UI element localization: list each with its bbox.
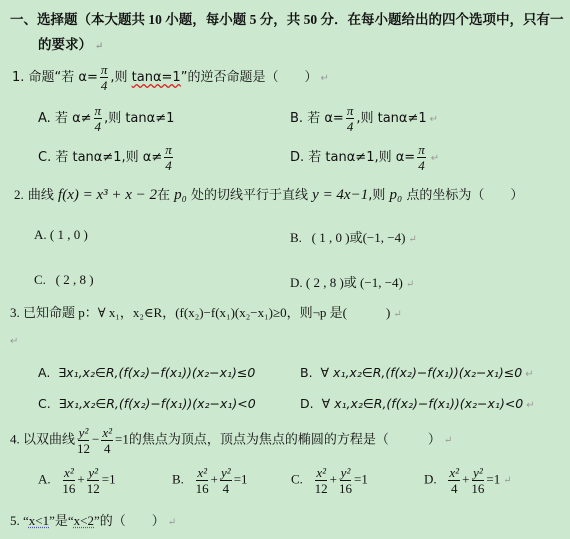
fraction: y²16 (471, 466, 484, 495)
fraction: x²16 (196, 466, 209, 495)
stem-text: 已知命题 p：∀ x₁，x₂∈R，(f(x₂)−f(x₁)(x₂−x₁)≥0，则… (23, 305, 390, 320)
question-3-option-a[interactable]: A. ∃x₁,x₂∈R,(f(x₂)−f(x₁))(x₂−x₁)≤0 (38, 365, 255, 380)
fraction: π4 (164, 143, 173, 172)
fraction-numerator: π (346, 104, 355, 119)
fraction-numerator: y² (220, 466, 232, 481)
stem-text: ,则 (368, 188, 389, 203)
fraction-numerator: π (164, 143, 173, 158)
return-mark-icon: ↵ (444, 435, 452, 446)
question-1-stem: 1. 命题“若 α=π4,则 tanα=1”的逆否命题是（ ）↵ (12, 63, 329, 92)
stem-text: ”的（ ） (94, 513, 165, 528)
option-text: 若 tanα≠1,则 α= (308, 150, 415, 165)
question-2-option-d[interactable]: D. ( 2 , 8 )或 (−1, −4)↵ (290, 272, 414, 291)
question-1-option-b[interactable]: B. 若 α=π4,则 tanα≠1↵ (290, 104, 438, 133)
fraction-denominator: 4 (95, 119, 102, 133)
fraction: x²16 (62, 466, 75, 495)
option-label: C. (34, 272, 46, 287)
stem-text: ”的逆否命题是（ ） (181, 70, 318, 85)
option-label: C. (38, 150, 51, 165)
fraction-denominator: 16 (339, 481, 352, 495)
option-text: ,则 tanα≠1 (104, 111, 174, 126)
stem-text: ,则 (110, 70, 131, 85)
section-heading-text: 一、选择题（本大题共 10 小题，每小题 5 分，共 50 分．在每小题给出的四… (10, 12, 564, 27)
fraction: x²4 (101, 426, 113, 455)
fraction: y²12 (87, 466, 100, 495)
fraction-numerator: y² (78, 426, 90, 441)
question-2-option-c[interactable]: C. ( 2 , 8 ) (34, 272, 94, 288)
fraction-numerator: x² (448, 466, 460, 481)
fraction-denominator: 4 (223, 481, 230, 495)
question-number: 2. (14, 187, 24, 202)
fraction-numerator: y² (472, 466, 484, 481)
fraction: y²12 (77, 426, 90, 455)
option-label: C. (291, 471, 303, 486)
fraction-denominator: 4 (418, 158, 425, 172)
fraction: x²4 (448, 466, 460, 495)
option-text: ∀ x₁,x₂∈R,(f(x₂)−f(x₁))(x₂−x₁)<0 (322, 396, 524, 411)
question-2-option-b[interactable]: B. ( 1 , 0 )或(−1, −4)↵ (290, 227, 417, 246)
fraction-numerator: x² (196, 466, 208, 481)
return-mark-icon: ↵ (431, 153, 439, 164)
question-number: 5. (10, 513, 20, 528)
stem-text: 处的切线平行于直线 (187, 188, 312, 203)
grammar-underlined-text: x<1 (29, 513, 49, 528)
question-4-option-a[interactable]: A. x²16+y²12=1 (38, 466, 116, 495)
equals-one: =1 (354, 471, 368, 486)
option-label: A. (34, 227, 47, 242)
fraction-numerator: x² (315, 466, 327, 481)
section-heading-text-2: 的要求） (38, 37, 92, 52)
option-label: D. (424, 471, 437, 486)
fraction-numerator: π (100, 63, 109, 78)
empty-paragraph: ↵ (10, 333, 18, 348)
option-label: D. (290, 275, 303, 290)
fraction-numerator: x² (63, 466, 75, 481)
fraction-denominator: 12 (87, 481, 100, 495)
stem-text: ”是“ (49, 513, 74, 528)
equals-one: =1 (486, 471, 500, 486)
option-label: D. (300, 396, 314, 411)
stem-text: =1的焦点为顶点，顶点为焦点的椭圆的方程是（ ） (115, 431, 441, 446)
fraction-denominator: 16 (471, 481, 484, 495)
fraction-denominator: 4 (451, 481, 458, 495)
question-2-stem: 2. 曲线 f(x) = x³ + x − 2在 p₀ 处的切线平行于直线 y … (14, 184, 523, 204)
return-mark-icon: ↵ (168, 517, 176, 528)
question-1-option-a[interactable]: A. 若 α≠π4,则 tanα≠1 (38, 104, 174, 133)
fraction-numerator: y² (340, 466, 352, 481)
stem-text: 在 (157, 188, 174, 203)
grammar-underlined-text: x<2 (74, 513, 94, 528)
fraction-denominator: 12 (315, 481, 328, 495)
option-label: C. (38, 396, 51, 411)
question-1-option-d[interactable]: D. 若 tanα≠1,则 α=π4↵ (290, 143, 439, 172)
stem-text: 命题“若 α= (29, 70, 98, 85)
option-text: 若 α= (307, 111, 344, 126)
fraction-denominator: 4 (101, 78, 108, 92)
return-mark-icon: ↵ (393, 309, 401, 320)
return-mark-icon: ↵ (95, 41, 103, 52)
fraction: π4 (94, 104, 103, 133)
fraction: π4 (346, 104, 355, 133)
return-mark-icon: ↵ (503, 475, 511, 486)
fraction: π4 (417, 143, 426, 172)
fraction: y²4 (220, 466, 232, 495)
equals-one: =1 (234, 471, 248, 486)
fraction: π4 (100, 63, 109, 92)
fraction-numerator: π (417, 143, 426, 158)
question-number: 1. (12, 70, 24, 85)
question-number: 4. (10, 431, 20, 446)
math-symbol: p₀ (174, 187, 187, 203)
question-number: 3. (10, 305, 20, 320)
equals-one: =1 (102, 471, 116, 486)
fraction-denominator: 4 (104, 441, 111, 455)
fraction-numerator: x² (101, 426, 113, 441)
return-mark-icon: ↵ (406, 279, 414, 290)
option-label: B. (290, 230, 302, 245)
question-5-stem: 5. “x<1”是“x<2”的（ ）↵ (10, 510, 176, 529)
option-label: A. (38, 111, 51, 126)
question-1-option-c[interactable]: C. 若 tanα≠1,则 α≠π4 (38, 143, 175, 172)
return-mark-icon: ↵ (525, 369, 533, 380)
return-mark-icon: ↵ (430, 114, 438, 125)
option-text: ,则 tanα≠1 (356, 111, 426, 126)
math-symbol: p₀ (389, 187, 402, 203)
question-3-stem: 3. 已知命题 p：∀ x₁，x₂∈R，(f(x₂)−f(x₁)(x₂−x₁)≥… (10, 302, 402, 321)
option-label: D. (290, 150, 304, 165)
question-2-option-a[interactable]: A. ( 1 , 0 ) (34, 227, 88, 243)
option-text: 若 tanα≠1,则 α≠ (55, 150, 162, 165)
section-heading-line2: 的要求）↵ (38, 33, 103, 53)
fraction-denominator: 16 (62, 481, 75, 495)
option-label: B. (300, 365, 313, 380)
question-3-option-b[interactable]: B. ∀ x₁,x₂∈R,(f(x₂)−f(x₁))(x₂−x₁)≤0↵ (300, 365, 534, 380)
stem-text: 点的坐标为（ ） (402, 188, 523, 203)
math-expression: y = 4x−1 (312, 187, 368, 203)
spellcheck-underlined-text: tanα=1 (132, 70, 181, 85)
option-text: ( 2 , 8 )或 (−1, −4) (306, 275, 403, 290)
minus-sign: − (92, 431, 99, 446)
fraction: x²12 (315, 466, 328, 495)
return-mark-icon: ↵ (526, 400, 534, 411)
option-text: ( 2 , 8 ) (52, 272, 93, 287)
stem-text: 曲线 (28, 188, 58, 203)
return-mark-icon: ↵ (10, 336, 18, 347)
fraction-numerator: y² (87, 466, 99, 481)
return-mark-icon: ↵ (408, 234, 416, 245)
fraction-denominator: 12 (77, 441, 90, 455)
option-text: ∃x₁,x₂∈R,(f(x₂)−f(x₁))(x₂−x₁)≤0 (58, 365, 255, 380)
fraction-denominator: 4 (347, 119, 354, 133)
question-4-stem: 4. 以双曲线y²12−x²4=1的焦点为顶点，顶点为焦点的椭圆的方程是（ ）↵ (10, 426, 452, 455)
fraction-denominator: 4 (165, 158, 172, 172)
option-text: ∃x₁,x₂∈R,(f(x₂)−f(x₁))(x₂−x₁)<0 (59, 396, 256, 411)
section-heading-line1: 一、选择题（本大题共 10 小题，每小题 5 分，共 50 分．在每小题给出的四… (10, 8, 564, 28)
fraction-denominator: 16 (196, 481, 209, 495)
question-4-option-b[interactable]: B. x²16+y²4=1 (172, 466, 248, 495)
option-text: ( 1 , 0 )或(−1, −4) (308, 230, 405, 245)
stem-text: 以双曲线 (23, 431, 75, 446)
option-label: B. (290, 111, 303, 126)
option-text: 若 α≠ (55, 111, 92, 126)
option-text: ( 1 , 0 ) (50, 227, 88, 242)
math-expression: f(x) = x³ + x − 2 (58, 187, 157, 203)
question-3-option-c[interactable]: C. ∃x₁,x₂∈R,(f(x₂)−f(x₁))(x₂−x₁)<0 (38, 396, 256, 411)
option-label: A. (38, 365, 50, 380)
option-label: A. (38, 471, 51, 486)
question-4-option-c[interactable]: C. x²12+y²16=1 (291, 466, 368, 495)
option-text: ∀ x₁,x₂∈R,(f(x₂)−f(x₁))(x₂−x₁)≤0 (321, 365, 523, 380)
question-3-option-d[interactable]: D. ∀ x₁,x₂∈R,(f(x₂)−f(x₁))(x₂−x₁)<0↵ (300, 396, 535, 411)
fraction-numerator: π (94, 104, 103, 119)
option-label: B. (172, 471, 184, 486)
fraction: y²16 (339, 466, 352, 495)
question-4-option-d[interactable]: D. x²4+y²16=1↵ (424, 466, 512, 495)
return-mark-icon: ↵ (320, 73, 328, 84)
